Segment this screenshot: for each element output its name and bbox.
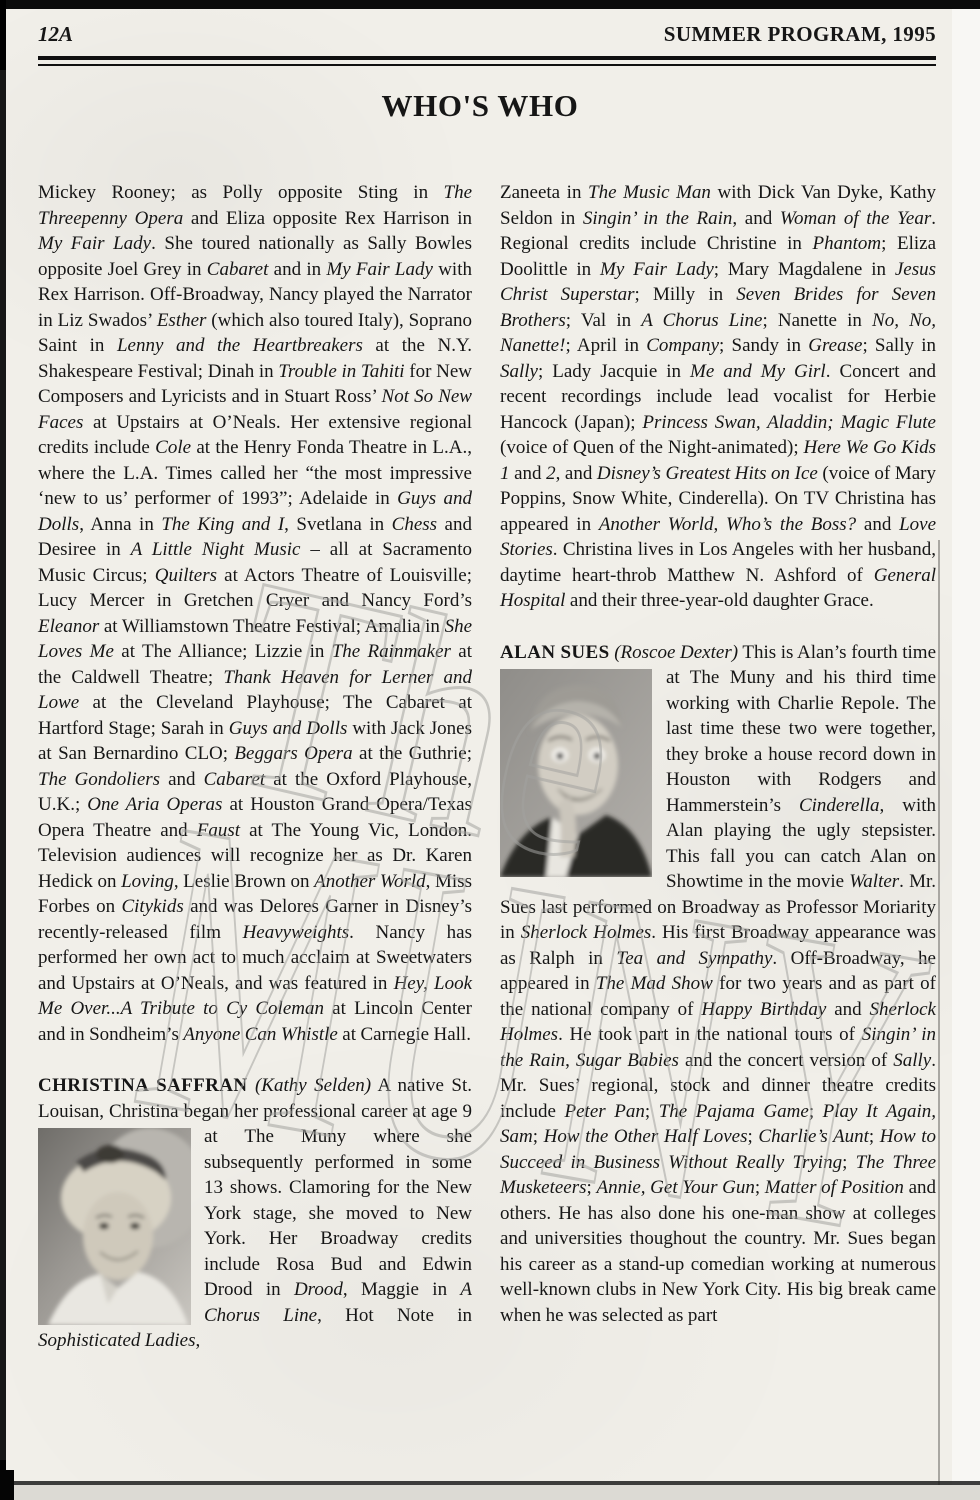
scan-edge-right <box>952 9 980 1500</box>
scan-edge-bottom <box>0 1481 980 1485</box>
header-rule-thick <box>38 56 936 60</box>
page-header: 12A SUMMER PROGRAM, 1995 <box>38 22 936 47</box>
bio-paragraph-nancy-continued: Mickey Rooney; as Polly opposite Sting i… <box>38 180 472 1047</box>
scan-edge-bottom-paper <box>0 1485 980 1500</box>
page-title: WHO'S WHO <box>0 88 960 124</box>
scan-edge-left <box>0 0 6 1500</box>
program-page: 12A SUMMER PROGRAM, 1995 WHO'S WHO Micke… <box>0 0 980 1500</box>
bio-paragraph-alan-sues: ALAN SUES (Roscoe Dexter) This is Alan’s… <box>500 640 936 1329</box>
bio-paragraph-christina-saffran: CHRISTINA SAFFRAN (Kathy Selden) A nativ… <box>38 1073 472 1354</box>
scan-page-crease <box>938 540 940 1500</box>
alan-sues-headshot <box>500 669 652 877</box>
page-number: 12A <box>38 22 73 47</box>
column-right: Zaneeta in The Music Man with Dick Van D… <box>500 180 936 1328</box>
christina-saffran-headshot <box>38 1128 191 1325</box>
scan-corner-bottom-left <box>0 1470 14 1500</box>
scan-edge-top <box>0 0 980 9</box>
header-rule-thin <box>38 64 936 66</box>
bio-paragraph-christina-continued: Zaneeta in The Music Man with Dick Van D… <box>500 180 936 614</box>
column-left: Mickey Rooney; as Polly opposite Sting i… <box>38 180 472 1354</box>
header-program-title: SUMMER PROGRAM, 1995 <box>664 22 936 47</box>
